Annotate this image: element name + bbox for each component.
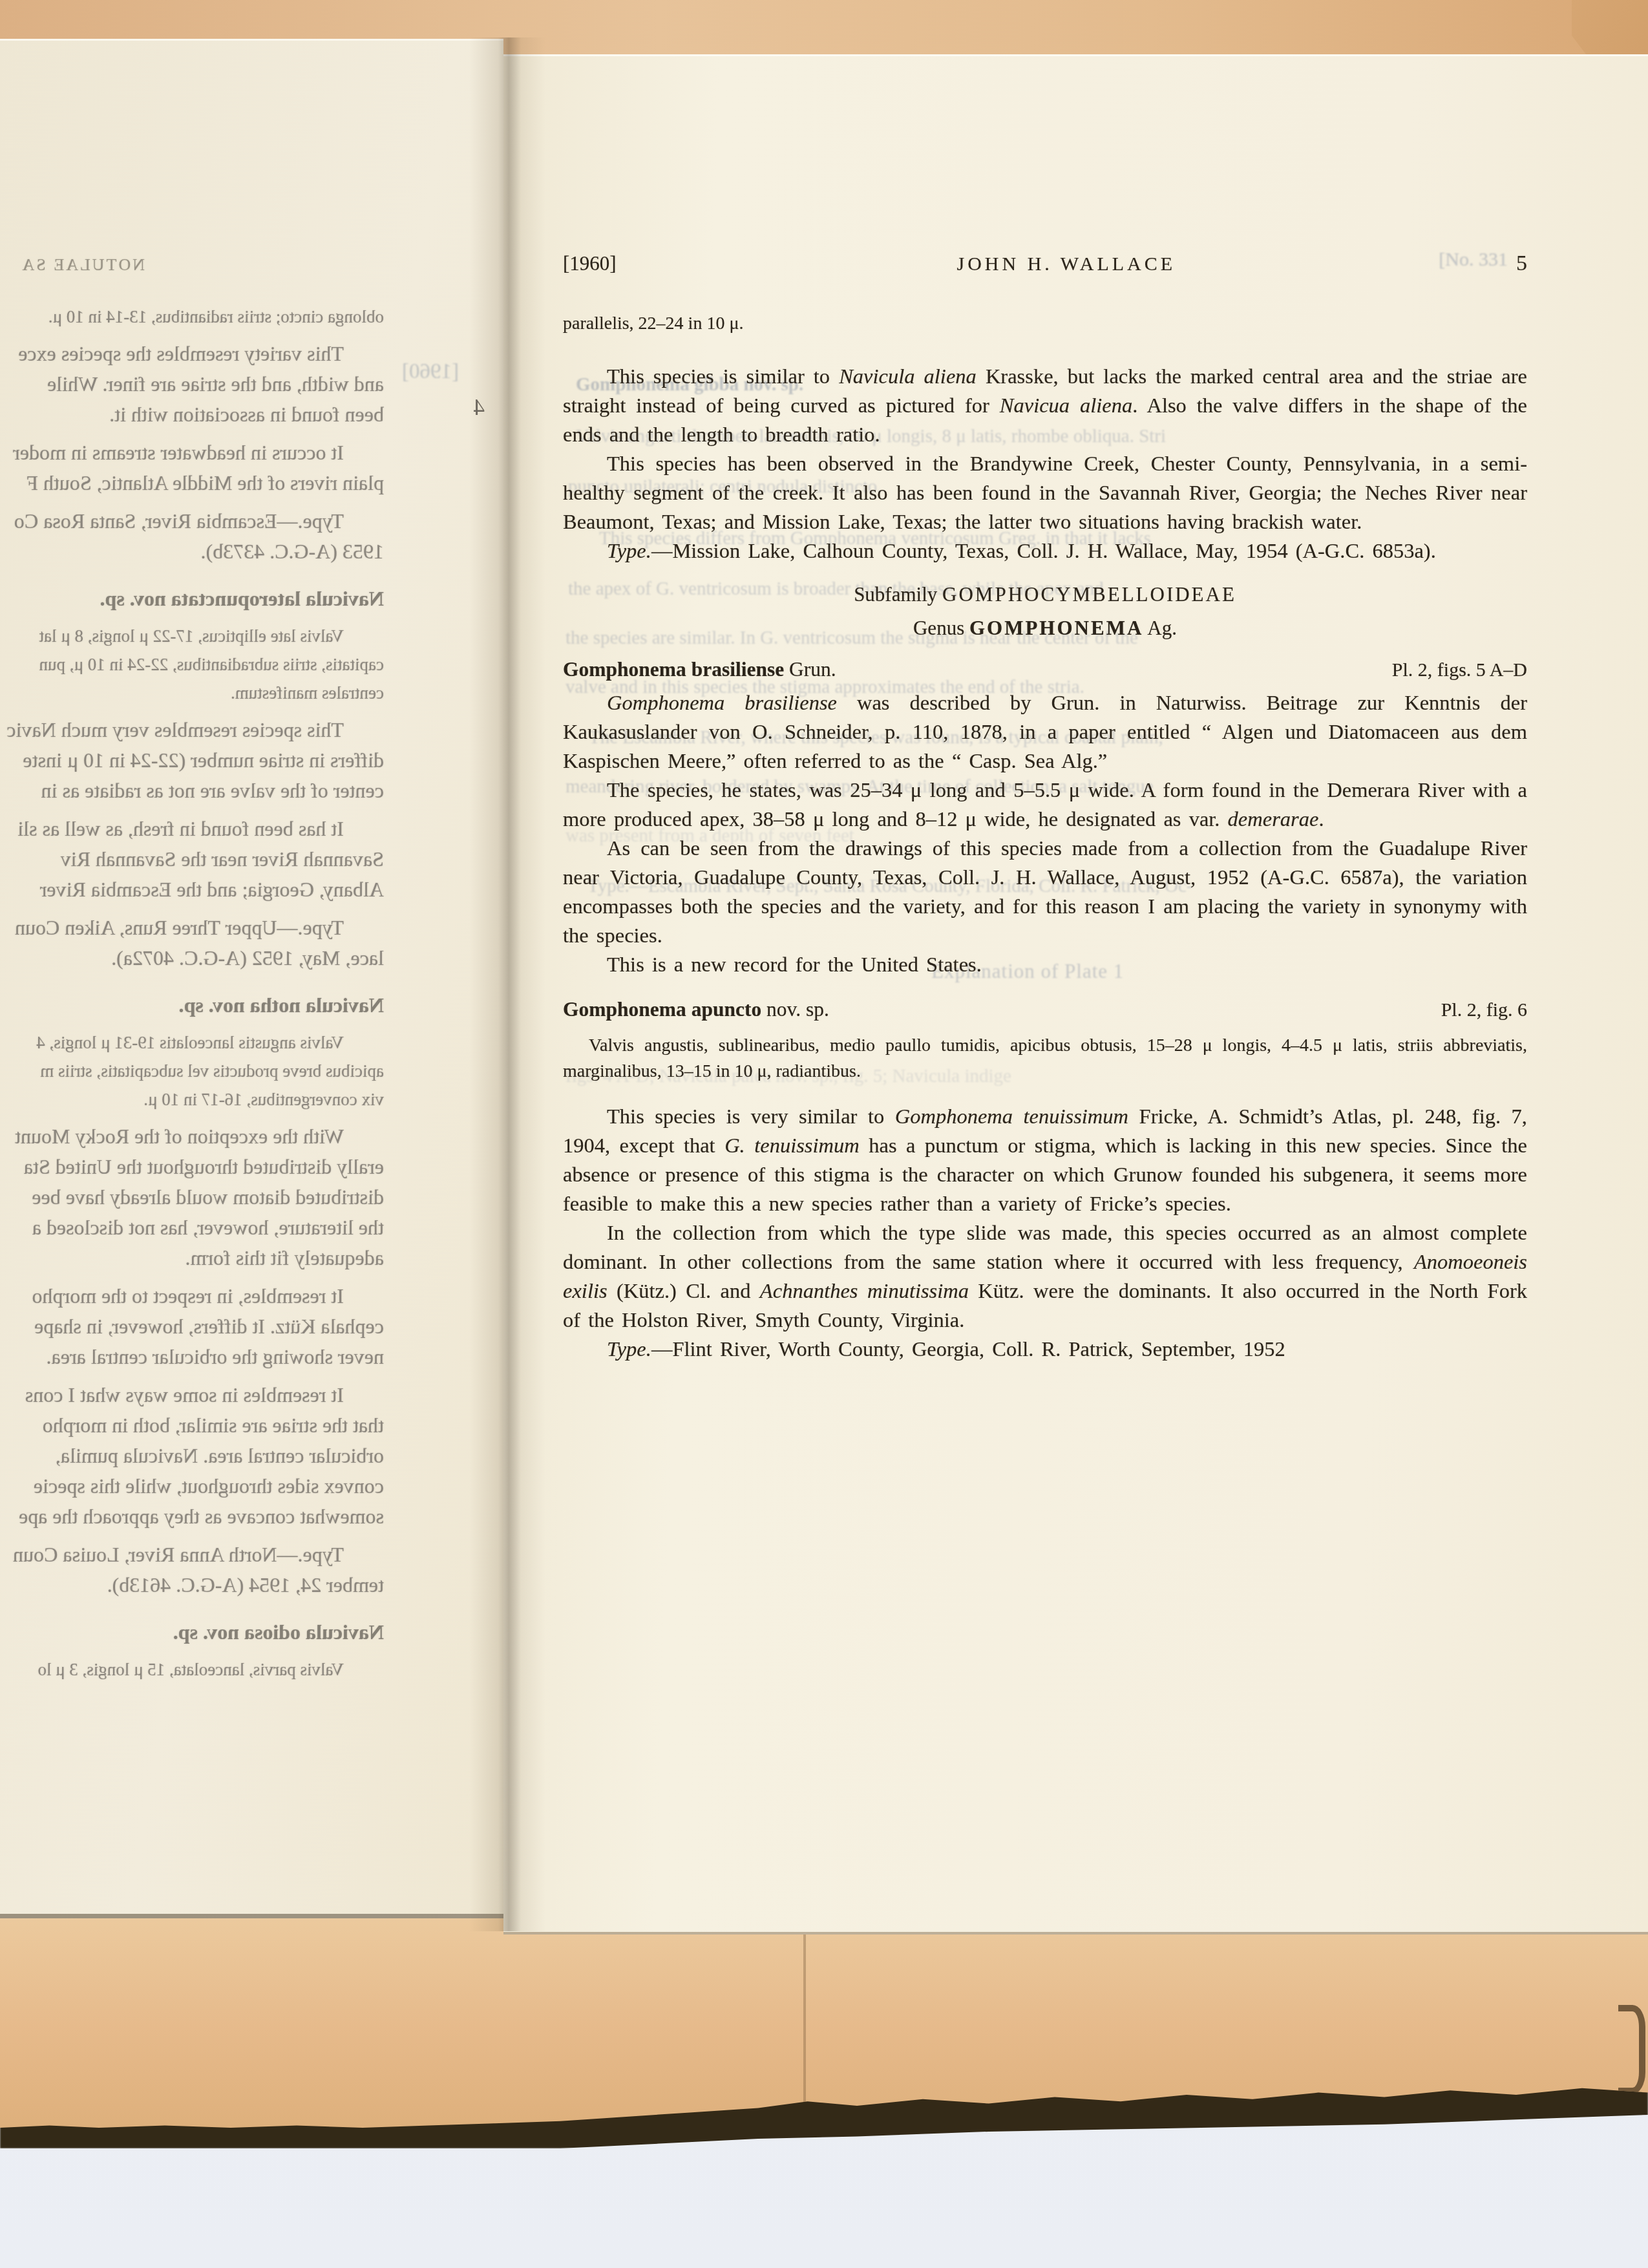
left-page-line: apicibus breve productis vel subcapitati… [0,1057,384,1085]
page-number-wrap: [No. 331 5 [1516,251,1527,276]
left-page-line: cephala Kütz. It differs, however, in sh… [0,1311,384,1342]
species-authority: Grun. [789,658,836,681]
left-page-line: and width, and the striae are finer. Whi… [0,369,384,399]
left-page-line: Navicula lateropunctata nov. sp. [0,584,384,614]
left-page-line: Albany, Georgia; and the Escambia River [0,874,384,905]
species-title: Gomphonema apuncto nov. sp. [563,998,829,1021]
left-page-line: oblonga cincto; striis radiantibus, 13-1… [0,302,384,331]
plate-reference: Pl. 2, fig. 6 [1441,999,1527,1021]
left-page-line: somewhat concave as they approach the ap… [0,1501,384,1532]
left-page-line: Type.—Upper Three Runs, Aiken Coun [0,913,384,943]
latin-description-continuation: parallelis, 22–24 in 10 μ. [563,311,1527,337]
left-page-line: It resembles in some ways what I cons [0,1380,384,1410]
left-page-line: Navicula odiosa nov. sp. [0,1617,384,1648]
left-page-line: Valvis angustis lanceolatis 19-31 μ long… [0,1028,384,1057]
left-page-line: convex sides throughout, while this spec… [0,1471,384,1501]
left-page-text: oblonga cincto; striis radiantibus, 13-1… [0,302,384,1684]
edge-ink-mark [1618,2005,1645,2094]
paragraph-navicula-comparison: This species is similar to Navicula alie… [563,363,1527,450]
paragraph-apuncto-comparison: This species is very similar to Gomphone… [563,1103,1527,1219]
left-page-line: erally distributed throughout the United… [0,1152,384,1182]
subfamily-heading: Subfamily GOMPHOCYMBELLOIDEAE [563,583,1527,606]
running-author: JOHN H. WALLACE [957,253,1176,275]
left-page-line: vix convergentibus, 16-17 in 10 μ. [0,1085,384,1114]
left-page-line: Savannah River near the Savannah Riv [0,844,384,874]
genus-authority: Ag. [1147,617,1177,639]
genus-prefix: Genus [913,617,964,639]
left-page-line: capitatis, striis subradiantibus, 22-24 … [0,650,384,679]
left-page-line: the literature, however, has not disclos… [0,1213,384,1243]
right-page: Gomphonema gibba nov. sp.Valvis angusti … [503,54,1648,1934]
left-page-line: plain rivers of the Middle Atlantic, Sou… [0,468,384,498]
genus-name: GOMPHONEMA [969,617,1143,639]
species-name: Gomphonema brasiliense [563,658,784,681]
paragraph-new-record: This is a new record for the United Stat… [563,951,1527,980]
page-edge-seam [803,1908,806,2102]
left-page-line: Type.—Escambia River, Santa Rosa Co [0,506,384,536]
left-page-line: Valvis late ellipticus, 17-22 μ longis, … [0,622,384,650]
left-page-line: adequately fit this form. [0,1243,384,1273]
running-year: [1960] [563,252,617,275]
left-page-line: tember 24, 1954 (A-G.C. 4613b). [0,1570,384,1600]
left-page-line: differs in striae number (22-24 in 10 μ … [0,745,384,776]
paragraph-brasiliense-variation: As can be seen from the drawings of this… [563,834,1527,951]
latin-description-apuncto: Valvis angustis, sublinearibus, medio pa… [563,1033,1527,1085]
paragraph-apuncto-occurrence: In the collection from which the type sl… [563,1219,1527,1335]
plate-reference: Pl. 2, figs. 5 A–D [1392,659,1527,681]
left-running-header: NOTULAE SA [9,255,145,275]
left-page-line: lace, May, 1952 (A-G.C. 4072a). [0,943,384,973]
text-column: [1960] JOHN H. WALLACE [No. 331 5 parall… [563,251,1527,1364]
paragraph-navicula-occurrence: This species has been observed in the Br… [563,450,1527,537]
left-page-line: Valvis parvis, lanceolata, 15 μ longis, … [0,1655,384,1684]
paragraph-type-mission-lake: Type.—Mission Lake, Calhoun County, Texa… [563,537,1527,566]
left-page-line: It resembles, in respect to the morpho [0,1281,384,1311]
left-page: NOTULAE SA [1960] 4 oblonga cincto; stri… [0,39,503,1918]
left-page-line: center of the valve are not as radiate a… [0,776,384,806]
left-page-number: 4 [451,395,485,421]
left-page-line: never showing the orbicular central area… [0,1342,384,1372]
page-number: 5 [1516,251,1527,275]
left-page-line: that the striae are similar, both in mor… [0,1410,384,1441]
bottom-page-edge [0,1908,1648,2128]
subfamily-prefix: Subfamily [854,583,937,606]
paragraph-brasiliense-dimensions: The species, he states, was 25–34 μ long… [563,776,1527,834]
page-header: [1960] JOHN H. WALLACE [No. 331 5 [563,251,1527,276]
species-title: Gomphonema brasiliense Grun. [563,658,836,681]
ghost-issue-number: [No. 331 [1439,249,1508,271]
left-page-line: centrales manifestum. [0,679,384,707]
paragraph-type-flint-river: Type.—Flint River, Worth County, Georgia… [563,1335,1527,1364]
left-page-line: It occurs in headwater streams in moder [0,438,384,468]
paragraph-brasiliense-history: Gomphonema brasiliense was described by … [563,689,1527,776]
genus-heading: Genus GOMPHONEMA Ag. [563,617,1527,640]
left-page-line: distributed diatom would already have be… [0,1182,384,1213]
subfamily-name: GOMPHOCYMBELLOIDEAE [942,583,1236,606]
species-name: Gomphonema apuncto [563,998,761,1021]
left-page-line: This variety resembles the species exce [0,339,384,369]
species-heading-apuncto: Gomphonema apuncto nov. sp. Pl. 2, fig. … [563,998,1527,1021]
left-page-line: 1953 (A-G.C. 4373b). [0,536,384,567]
species-authority: nov. sp. [766,998,829,1021]
left-page-line: Navicula notha nov. sp. [0,990,384,1021]
left-page-line: orbicular central area. Navicula pumila, [0,1441,384,1471]
left-page-line: been found in association with it. [0,399,384,430]
left-page-line: This species resembles very much Navic [0,715,384,745]
species-heading-brasiliense: Gomphonema brasiliense Grun. Pl. 2, figs… [563,658,1527,681]
left-page-line: It has been found in fresh, as well as s… [0,814,384,844]
left-page-line: With the exception of the Rocky Mount [0,1121,384,1152]
left-page-line: Type.—North Anna River, Louisa Coun [0,1540,384,1570]
